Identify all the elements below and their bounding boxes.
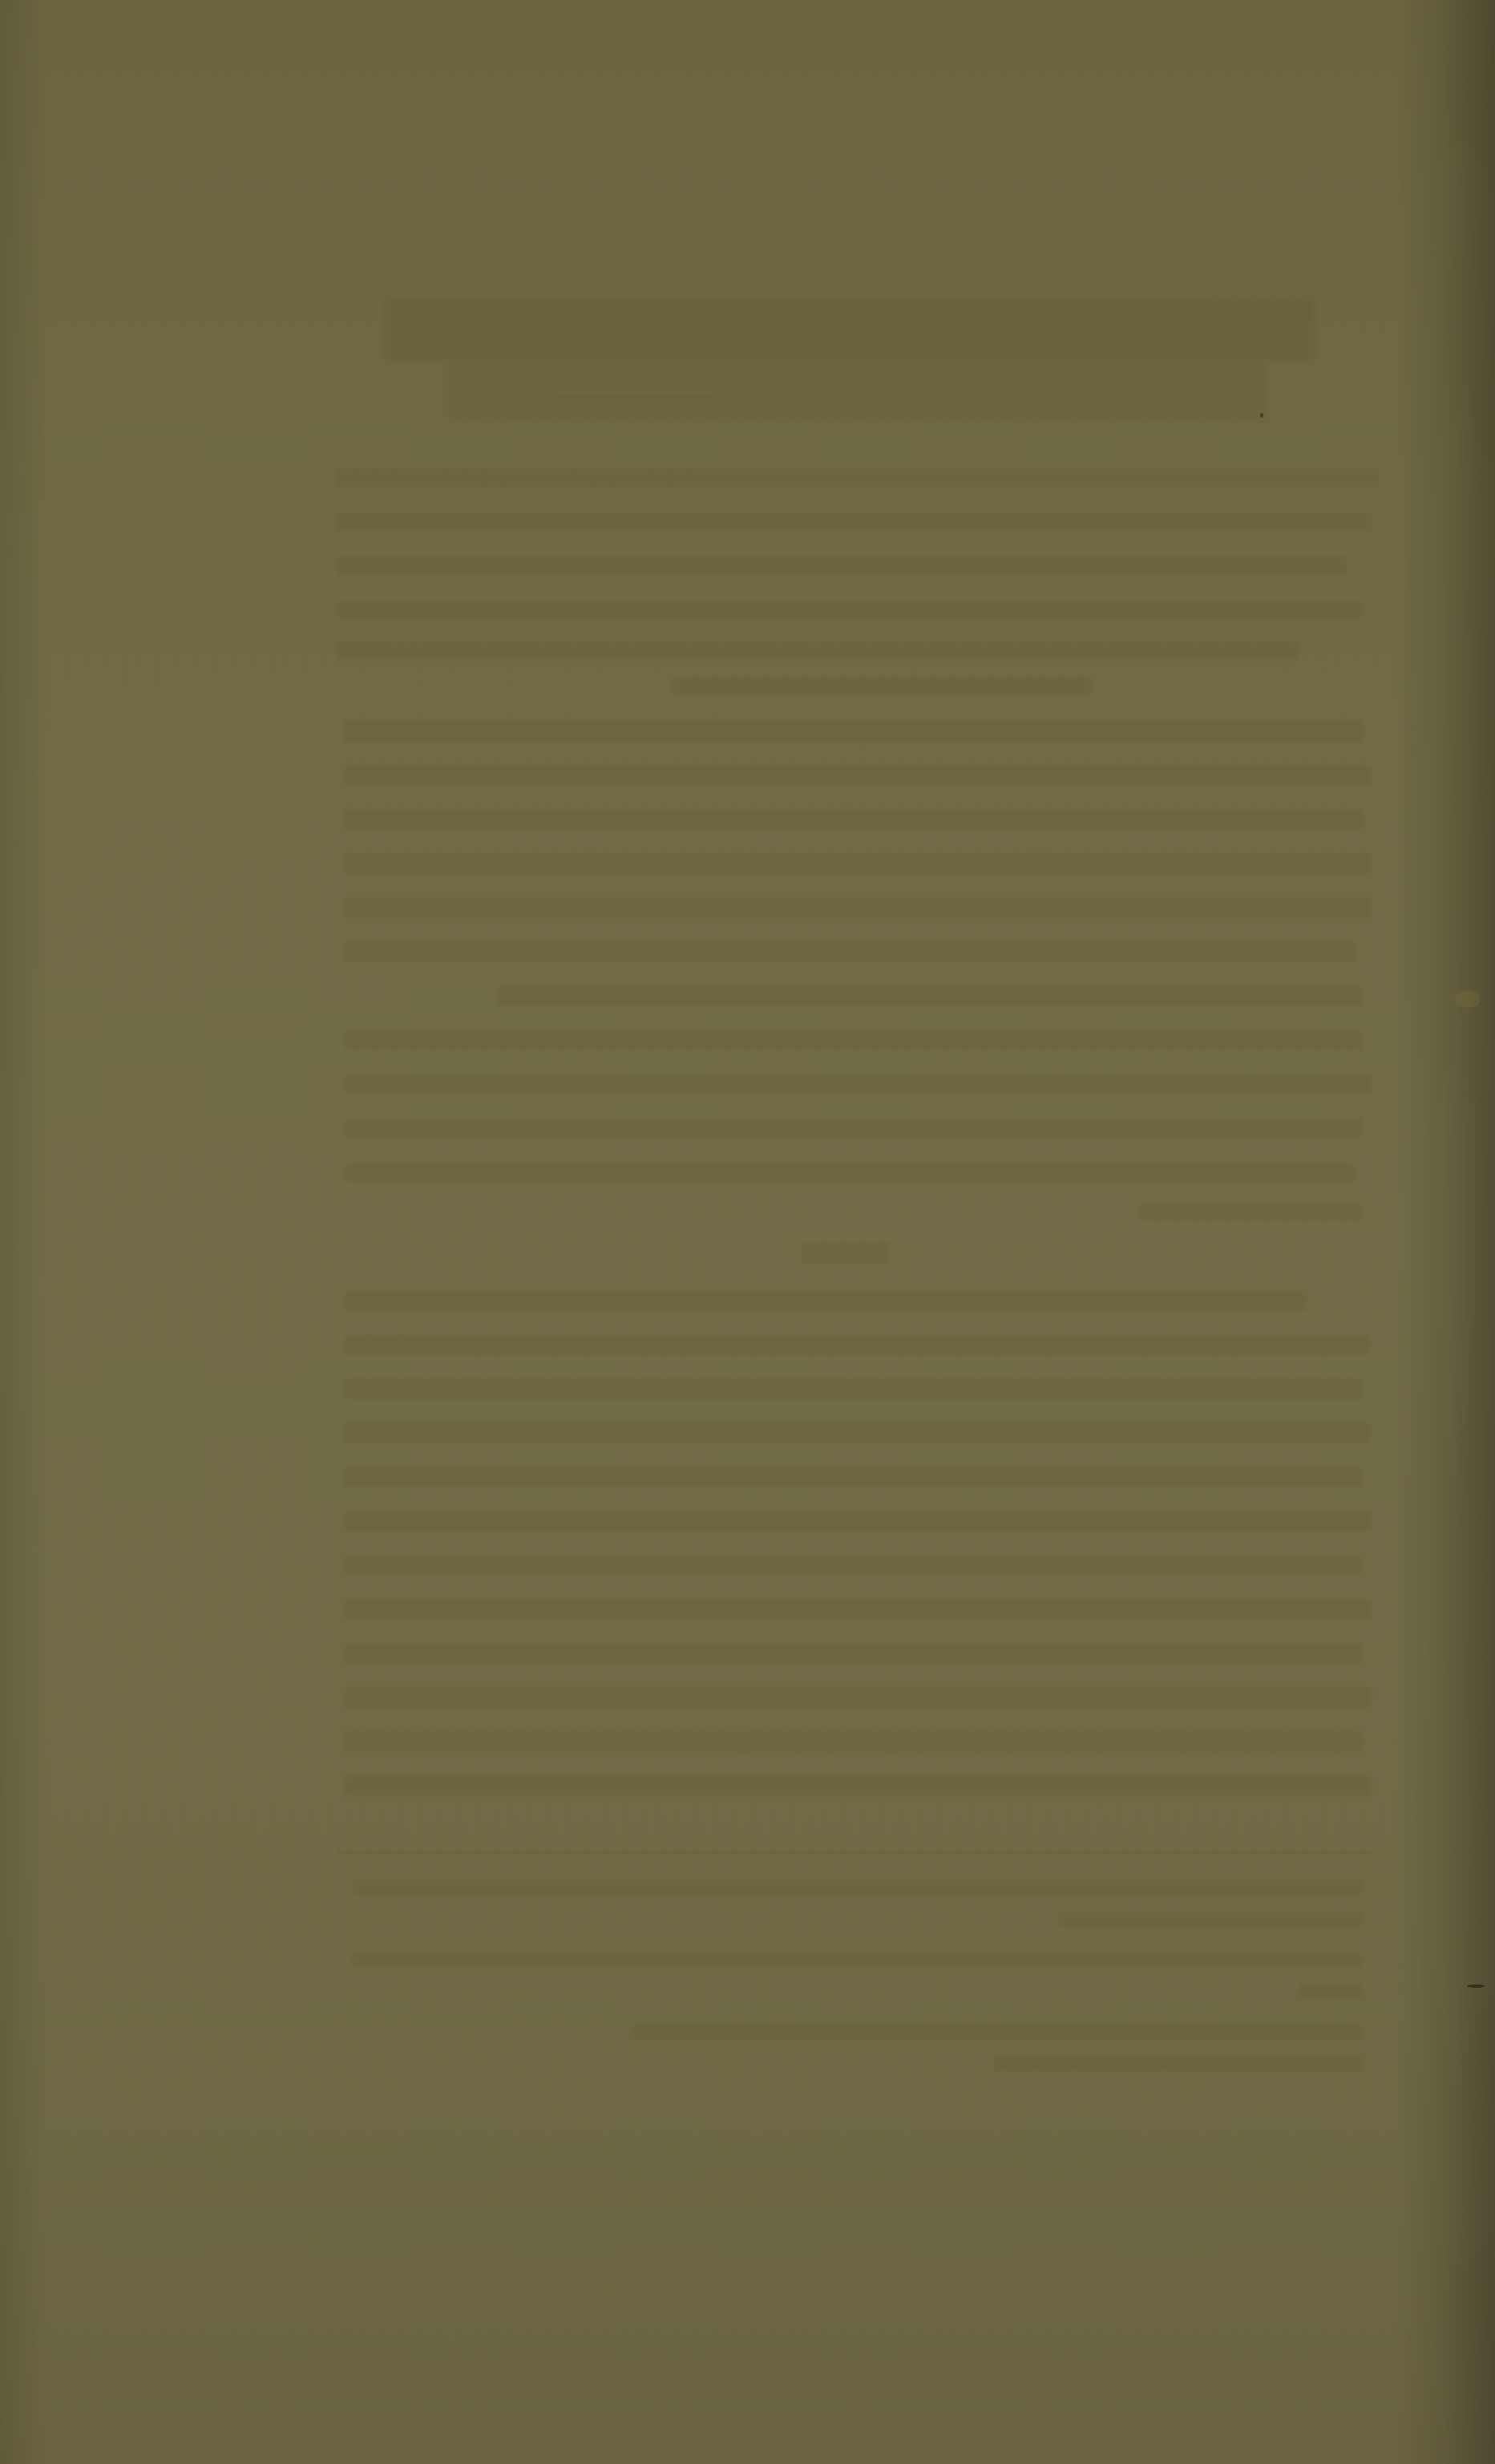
show-through-footnote-line (1299, 1985, 1363, 1999)
show-through-line (1138, 1203, 1363, 1220)
show-through-line (497, 986, 1363, 1005)
show-through-footnote-line (633, 2025, 1363, 2039)
show-through-title-rule (553, 396, 713, 399)
show-through-line (673, 678, 1090, 694)
show-through-line (345, 942, 1355, 961)
show-through-footnote-rule (337, 1851, 1371, 1853)
show-through-line (345, 1600, 1371, 1619)
show-through-line (345, 898, 1371, 917)
show-through-line (345, 1556, 1363, 1575)
show-through-footnote-line (353, 1952, 1363, 1967)
show-through-line (337, 557, 1347, 575)
paper-speck (1467, 1985, 1485, 1988)
show-through-section-mark (802, 1243, 890, 1264)
show-through-line (345, 1423, 1371, 1442)
show-through-line (337, 513, 1371, 531)
show-through-line (345, 1335, 1371, 1354)
show-through-line (345, 1688, 1371, 1707)
show-through-line (345, 810, 1363, 829)
show-through-line (345, 1379, 1363, 1398)
show-through-line (345, 1467, 1363, 1487)
show-through-title (385, 297, 1315, 361)
show-through-line (345, 1074, 1371, 1094)
show-through-line (345, 1291, 1307, 1310)
show-through-line (345, 1030, 1363, 1050)
show-through-line (337, 469, 1379, 487)
paper-speck (1260, 413, 1263, 418)
show-through-ornament (449, 365, 1267, 421)
show-through-line (337, 601, 1363, 619)
show-through-footnote-line (1058, 1912, 1363, 1927)
show-through-line (345, 722, 1363, 741)
show-through-line (337, 641, 1299, 659)
show-through-line (345, 1644, 1363, 1663)
show-through-line (345, 1119, 1363, 1138)
show-through-line (345, 1163, 1355, 1182)
show-through-footnote-line (994, 2057, 1363, 2071)
show-through-line (345, 1511, 1371, 1531)
show-through-line (345, 1776, 1371, 1795)
show-through-line (345, 1732, 1363, 1751)
blank-page (0, 0, 1495, 2464)
show-through-footnote-line (353, 1880, 1363, 1895)
show-through-line (345, 854, 1371, 873)
show-through-line (345, 766, 1371, 785)
paper-stain (1455, 990, 1481, 1008)
